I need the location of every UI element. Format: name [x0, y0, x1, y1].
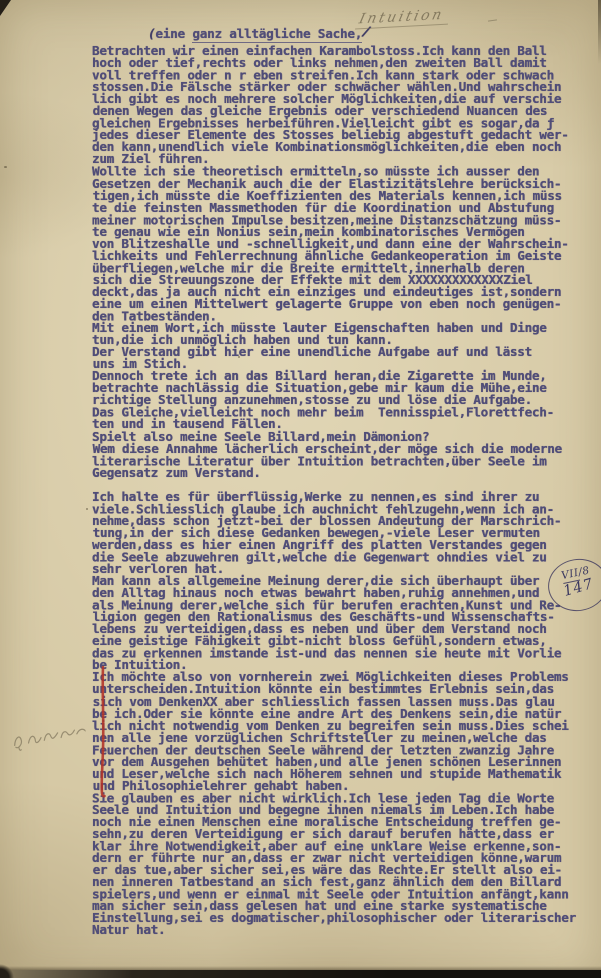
typed-line: den Tatbeständen. — [92, 310, 597, 322]
pencil-dash-mark — [488, 19, 497, 22]
ink-speck — [86, 508, 88, 510]
typed-line: klar ihre Notwendigkeit,aber auf eine un… — [92, 840, 597, 852]
dark-corner-bottom-left — [0, 958, 30, 978]
typed-line: die Seele abzuwehren gilt,welche die Geg… — [92, 551, 597, 563]
ink-speck — [4, 166, 7, 168]
typed-line: ligion gegen den Rationalismus des Gesch… — [93, 611, 598, 623]
pencil-note-top-right: Intuition — [355, 6, 452, 29]
page-title: (eine ganz alltägliche Sache,/ — [148, 26, 370, 42]
typed-line: das zu erkennen imstande ist-und das nen… — [92, 648, 597, 660]
typed-line: voll treffen oder n r eben streifen.Ich … — [92, 69, 597, 81]
typed-line: viele.Schliesslich glaube ich auchnicht … — [92, 503, 597, 515]
margin-scribble-handwriting — [6, 716, 87, 758]
title-lead: eine — [155, 26, 192, 41]
typed-line: literarische Literatur über Intuition be… — [92, 455, 597, 467]
typed-line: Feuerchen der deutschen Seele während de… — [92, 744, 597, 756]
typed-line: sich vom DenkenXX aber schliesslich fass… — [93, 696, 598, 708]
photo-bottom-edge — [0, 970, 601, 978]
typed-line: Wollte ich sie theoretisch ermitteln,so … — [92, 166, 597, 178]
typed-line: Natur hat. — [92, 924, 597, 936]
red-margin-line — [98, 665, 108, 799]
typed-line: Gegensatz zum Verstand. — [92, 467, 597, 479]
typed-line: sich die Streuungszone der Effekte mit d… — [93, 274, 598, 286]
typed-line: uns im Stich. — [93, 358, 598, 370]
typed-line: Das Gleiche,vielleicht noch mehr beim Te… — [92, 407, 597, 419]
typed-line: Einstellung,sei es dogmatischer,philosop… — [92, 912, 597, 924]
title-underlined-text: ganz alltägliche Sache, — [192, 26, 362, 43]
typed-line: er das tue,aber sicher sei,es wäre das R… — [93, 864, 598, 876]
typed-line: tung,in der sich diese Gedanken bewegen,… — [93, 527, 598, 539]
typescript-page: (eine ganz alltägliche Sache,/ Betrachte… — [0, 0, 601, 978]
typed-line: tigen,ich müsste die Koeffizienten des M… — [93, 190, 598, 202]
dark-corner-top-left — [0, 0, 11, 16]
catalog-stamp: VII/8 147 — [544, 555, 601, 616]
ink-speck — [238, 356, 240, 358]
typed-text-block: Betrachten wir einen einfachen Karambols… — [92, 45, 597, 936]
typed-line: gleichen Ergebnisses herbeiführen.Vielle… — [92, 118, 597, 130]
typed-line: spielers,und wenn er einmal mit Seele od… — [92, 889, 597, 901]
typed-line: Sie glauben es aber nicht wirklich.Ich l… — [92, 792, 597, 804]
typed-line: meiner motorischen Impulse besitzen,mein… — [92, 214, 597, 226]
